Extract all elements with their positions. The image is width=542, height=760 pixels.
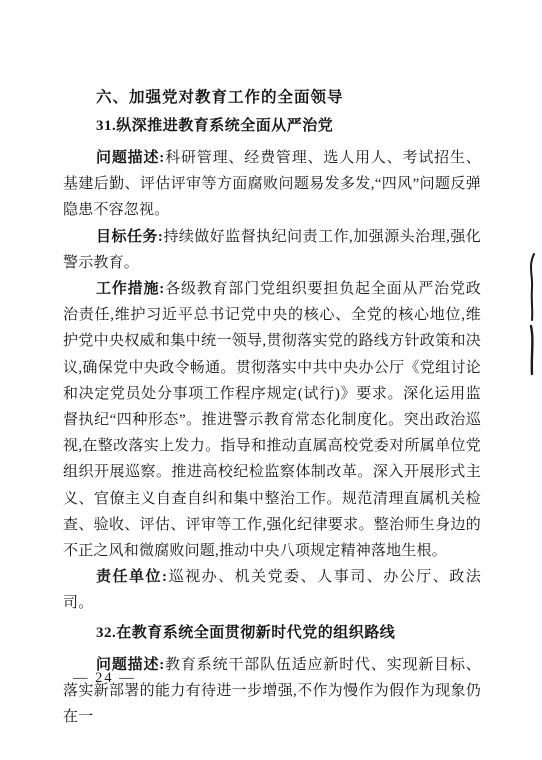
item-31-responsible-paragraph: 责任单位:巡视办、机关党委、人事司、办公厅、政法司。 <box>63 564 481 616</box>
paragraph-text: 各级教育部门党组织要担负起全面从严治党政治责任,维护习近平总书记党中央的核心、全… <box>63 281 481 559</box>
item-31-problem-paragraph: 问题描述:科研管理、经费管理、选人用人、考试招生、基建后勤、评估评审等方面腐败问… <box>63 145 481 224</box>
paragraph-label-responsible: 责任单位: <box>96 569 167 585</box>
item-32-heading: 32.在教育系统全面贯彻新时代党的组织路线 <box>63 620 481 646</box>
page-number: — 24 — <box>73 670 136 687</box>
item-31-goal-paragraph: 目标任务:持续做好监督执纪问责工作,加强源头治理,强化警示教育。 <box>63 224 481 276</box>
item-31-heading: 31.纵深推进教育系统全面从严治党 <box>63 113 481 139</box>
paragraph-label-goal: 目标任务: <box>96 229 163 245</box>
page-content: 六、加强党对教育工作的全面领导 31.纵深推进教育系统全面从严治党 问题描述:科… <box>63 84 481 730</box>
item-32-problem-paragraph: 问题描述:教育系统干部队伍适应新时代、实现新目标、落实新部署的能力有待进一步增强… <box>63 652 481 731</box>
paragraph-label-measures: 工作措施: <box>96 281 165 297</box>
scan-artifact-mark <box>518 248 542 388</box>
paragraph-label-problem: 问题描述: <box>96 150 165 166</box>
document-page: 六、加强党对教育工作的全面领导 31.纵深推进教育系统全面从严治党 问题描述:科… <box>0 0 542 760</box>
item-31-measures-paragraph: 工作措施:各级教育部门党组织要担负起全面从严治党政治责任,维护习近平总书记党中央… <box>63 276 481 564</box>
section-heading: 六、加强党对教育工作的全面领导 <box>63 84 481 110</box>
